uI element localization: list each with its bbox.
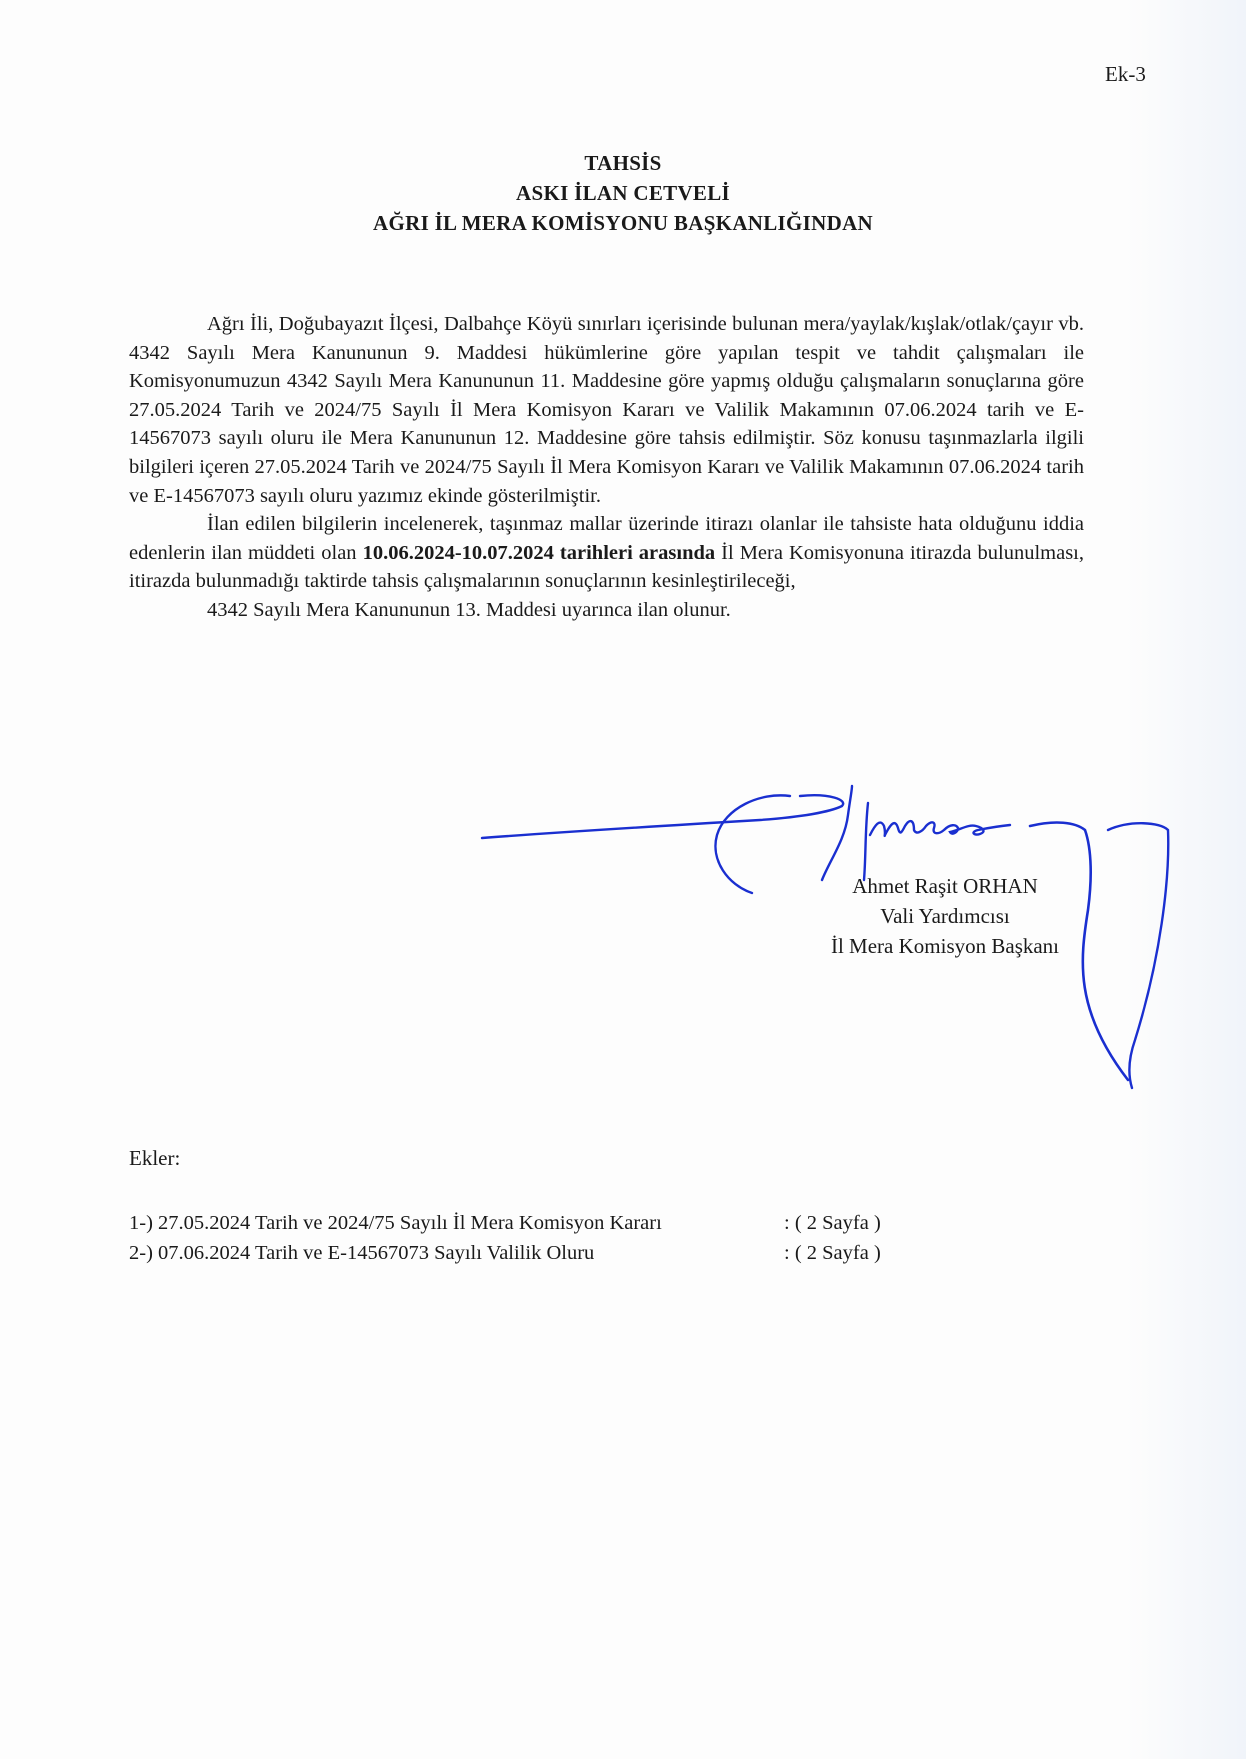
attachment-label: 2-) 07.06.2024 Tarih ve E-14567073 Sayıl… — [129, 1238, 784, 1268]
body-paragraph-1: Ağrı İli, Doğubayazıt İlçesi, Dalbahçe K… — [129, 310, 1084, 510]
body-paragraph-2: İlan edilen bilgilerin incelenerek, taşı… — [129, 510, 1084, 596]
attachment-pages: : ( 2 Sayfa ) — [784, 1238, 881, 1268]
attachments-title: Ekler: — [129, 1146, 180, 1171]
document-heading: TAHSİS ASKI İLAN CETVELİ AĞRI İL MERA KO… — [0, 148, 1246, 238]
annex-label: Ek-3 — [1105, 62, 1146, 87]
objection-period: 10.06.2024-10.07.2024 tarihleri arasında — [363, 542, 716, 564]
scan-tint — [1126, 0, 1246, 1759]
signatory-name: Ahmet Raşit ORHAN — [800, 871, 1090, 901]
attachments-list: 1-) 27.05.2024 Tarih ve 2024/75 Sayılı İ… — [129, 1208, 881, 1268]
signatory-role: İl Mera Komisyon Başkanı — [800, 931, 1090, 961]
attachment-label: 1-) 27.05.2024 Tarih ve 2024/75 Sayılı İ… — [129, 1208, 784, 1238]
document-body: Ağrı İli, Doğubayazıt İlçesi, Dalbahçe K… — [129, 310, 1084, 625]
signatory-title: Vali Yardımcısı — [800, 901, 1090, 931]
body-paragraph-3: 4342 Sayılı Mera Kanununun 13. Maddesi u… — [129, 596, 1084, 625]
heading-line-1: TAHSİS — [0, 148, 1246, 178]
attachment-item: 1-) 27.05.2024 Tarih ve 2024/75 Sayılı İ… — [129, 1208, 881, 1238]
heading-line-3: AĞRI İL MERA KOMİSYONU BAŞKANLIĞINDAN — [0, 208, 1246, 238]
heading-line-2: ASKI İLAN CETVELİ — [0, 178, 1246, 208]
attachment-pages: : ( 2 Sayfa ) — [784, 1208, 881, 1238]
signature-block: Ahmet Raşit ORHAN Vali Yardımcısı İl Mer… — [800, 871, 1090, 961]
attachment-item: 2-) 07.06.2024 Tarih ve E-14567073 Sayıl… — [129, 1238, 881, 1268]
